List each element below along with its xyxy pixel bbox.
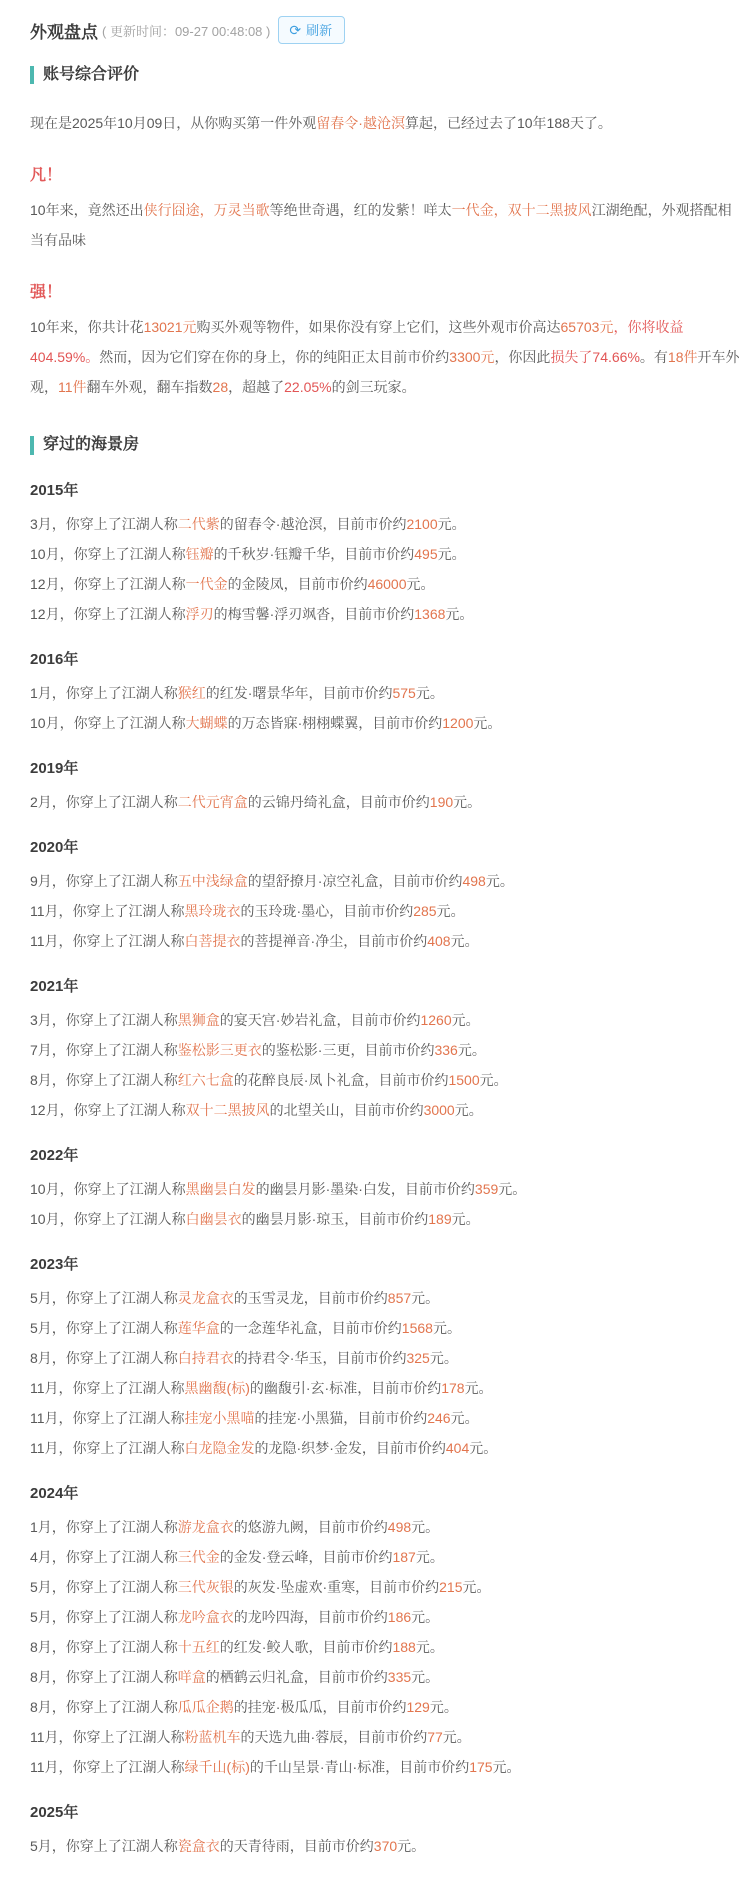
body-text: 的: [256, 1181, 270, 1197]
body-text: ，目前市价约: [357, 1380, 441, 1396]
entry-item: 幽馥引·玄·标准: [264, 1380, 357, 1396]
body-text: 元。: [453, 794, 481, 810]
body-text: 元。: [416, 1639, 444, 1655]
entry-month: 2月: [30, 794, 52, 810]
entry-item: 菩提禅音·净尘: [255, 933, 344, 949]
entry-alias: 灵龙盒衣: [178, 1290, 234, 1306]
body-text: ，你穿上了江湖人称: [60, 1181, 186, 1197]
body-text: ，目前市价约: [364, 1072, 448, 1088]
entry-item: 挂宠·小黑猫: [269, 1410, 344, 1426]
body-text: 元。: [416, 1549, 444, 1565]
body-text: ，目前市价约: [284, 576, 368, 592]
entry-price: 498: [462, 873, 485, 889]
body-text: ，目前市价约: [322, 1350, 406, 1366]
wardrobe-entry: 3月，你穿上了江湖人称二代紫的留春令·越沧溟，目前市价约2100元。: [30, 514, 742, 534]
body-text: 的: [234, 1519, 248, 1535]
body-text: ，目前市价约: [308, 685, 392, 701]
body-text: 购买外观等物件，如果你没有穿上它们，这些外观市价高达: [197, 319, 561, 335]
entry-item: 千秋岁·钰瓣千华: [228, 546, 331, 562]
body-text: 等绝世奇遇，红的发紫！咩太: [270, 202, 452, 218]
rating-qiang: 强！: [30, 279, 742, 302]
wardrobe-entry: 11月，你穿上了江湖人称挂宠小黑喵的挂宠·小黑猫，目前市价约246元。: [30, 1408, 742, 1428]
highlight-text: 22.05%: [284, 379, 331, 395]
body-text: ，目前市价约: [391, 1181, 475, 1197]
wardrobe-entry: 11月，你穿上了江湖人称黑玲珑衣的玉玲珑·墨心，目前市价约285元。: [30, 901, 742, 921]
entry-item: 金陵凤: [242, 576, 284, 592]
entry-item: 一念莲华礼盒: [234, 1320, 318, 1336]
entry-alias: 瓜瓜企鹅: [178, 1699, 234, 1715]
body-text: 的: [220, 1012, 234, 1028]
entry-alias: 红六七盒: [178, 1072, 234, 1088]
year-heading: 2024年: [30, 1482, 742, 1503]
entry-alias: 钰瓣: [186, 546, 214, 562]
body-text: ，你穿上了江湖人称: [52, 1669, 178, 1685]
body-text: ，目前市价约: [308, 1549, 392, 1565]
body-text: ，目前市价约: [343, 1410, 427, 1426]
body-text: 的: [234, 1350, 248, 1366]
entry-alias: 一代金: [186, 576, 228, 592]
body-text: 算起，已经过去了10年188天了。: [405, 115, 612, 131]
entry-price: 370: [374, 1838, 397, 1854]
entry-price: 186: [388, 1609, 411, 1625]
year-heading: 2020年: [30, 836, 742, 857]
body-text: 的: [234, 1072, 248, 1088]
wardrobe-entry: 10月，你穿上了江湖人称钰瓣的千秋岁·钰瓣千华，目前市价约495元。: [30, 544, 742, 564]
entry-alias: 瓷盒衣: [178, 1838, 220, 1854]
entry-price: 495: [414, 546, 437, 562]
entry-price: 178: [441, 1380, 464, 1396]
entry-month: 10月: [30, 1181, 60, 1197]
section-title-wardrobe: 穿过的海景房: [30, 436, 742, 454]
body-text: ，你穿上了江湖人称: [59, 903, 185, 919]
body-text: 元。: [438, 516, 466, 532]
body-text: ，你穿上了江湖人称: [52, 1639, 178, 1655]
entry-alias: 黑幽馥(标): [185, 1380, 250, 1396]
body-text: 的: [220, 1549, 234, 1565]
body-text: 元。: [430, 1350, 458, 1366]
entry-price: 1200: [442, 715, 473, 731]
body-text: ，你因此: [494, 349, 550, 365]
wardrobe-entry: 8月，你穿上了江湖人称咩盒的栖鹤云归礼盒，目前市价约335元。: [30, 1667, 742, 1687]
wardrobe-entry: 11月，你穿上了江湖人称白龙隐金发的龙隐·织梦·金发，目前市价约404元。: [30, 1438, 742, 1458]
entry-alias: 咩盒: [178, 1669, 206, 1685]
wardrobe-entry: 8月，你穿上了江湖人称红六七盒的花醉良辰·凤卜礼盒，目前市价约1500元。: [30, 1070, 742, 1090]
body-text: 元。: [452, 1211, 480, 1227]
highlight-text: 28: [213, 379, 229, 395]
year-heading: 2021年: [30, 975, 742, 996]
body-text: ，目前市价约: [343, 933, 427, 949]
highlight-text: 11件: [58, 379, 87, 395]
entry-price: 575: [392, 685, 415, 701]
body-text: ，目前市价约: [304, 1519, 388, 1535]
body-text: ，你穿上了江湖人称: [59, 1440, 185, 1456]
entry-alias: 猴红: [178, 685, 206, 701]
entry-alias: 黑幽昙白发: [186, 1181, 256, 1197]
body-text: 的: [270, 1102, 284, 1118]
entry-item: 栖鹤云归礼盒: [220, 1669, 304, 1685]
body-text: 元。: [498, 1181, 526, 1197]
wardrobe-entry: 12月，你穿上了江湖人称浮刃的梅雪馨·浮刃飒沓，目前市价约1368元。: [30, 604, 742, 624]
qiang-paragraph: 10年来，你共计花13021元购买外观等物件，如果你没有穿上它们，这些外观市价高…: [30, 312, 742, 402]
year-heading: 2023年: [30, 1253, 742, 1274]
body-text: ，你穿上了江湖人称: [60, 1102, 186, 1118]
entry-alias: 粉蓝机车: [185, 1729, 241, 1745]
body-text: 的: [214, 546, 228, 562]
body-text: ，目前市价约: [358, 715, 442, 731]
body-text: 元。: [493, 1759, 521, 1775]
entry-month: 1月: [30, 685, 52, 701]
body-text: ，目前市价约: [350, 1042, 434, 1058]
entry-month: 9月: [30, 873, 52, 889]
entry-month: 10月: [30, 1211, 60, 1227]
body-text: 元。: [411, 1519, 439, 1535]
body-text: 的: [250, 1759, 264, 1775]
body-text: ，你穿上了江湖人称: [60, 606, 186, 622]
body-text: 的剑三玩家。: [332, 379, 416, 395]
wardrobe-entry: 5月，你穿上了江湖人称龙吟盒衣的龙吟四海，目前市价约186元。: [30, 1607, 742, 1627]
highlight-text: 一代金，双十二黑披风: [452, 202, 592, 218]
wardrobe-entry: 11月，你穿上了江湖人称粉蓝机车的天选九曲·蓉辰，目前市价约77元。: [30, 1727, 742, 1747]
body-text: 的: [241, 903, 255, 919]
entry-alias: 白龙隐金发: [185, 1440, 255, 1456]
wardrobe-entry: 11月，你穿上了江湖人称黑幽馥(标)的幽馥引·玄·标准，目前市价约178元。: [30, 1378, 742, 1398]
body-text: 的: [248, 873, 262, 889]
body-text: 元。: [407, 576, 435, 592]
entry-month: 11月: [30, 1410, 59, 1426]
body-text: 的: [206, 1669, 220, 1685]
body-text: 元。: [458, 1042, 486, 1058]
body-text: ，你穿上了江湖人称: [60, 1211, 186, 1227]
body-text: 的: [234, 1699, 248, 1715]
body-text: 元。: [411, 1290, 439, 1306]
body-text: 的: [248, 794, 262, 810]
body-text: ，你穿上了江湖人称: [60, 546, 186, 562]
year-heading: 2022年: [30, 1144, 742, 1165]
fan-paragraph: 10年来，竟然还出侠行囧途，万灵当歌等绝世奇遇，红的发紫！咩太一代金，双十二黑披…: [30, 195, 742, 255]
body-text: 的: [220, 1639, 234, 1655]
wardrobe-entry: 11月，你穿上了江湖人称白菩提衣的菩提禅音·净尘，目前市价约408元。: [30, 931, 742, 951]
entry-alias: 游龙盒衣: [178, 1519, 234, 1535]
entry-alias: 十五红: [178, 1639, 220, 1655]
entry-price: 325: [406, 1350, 429, 1366]
entry-item: 玉雪灵龙: [248, 1290, 304, 1306]
body-text: 的: [214, 606, 228, 622]
body-text: ，目前市价约: [355, 1579, 439, 1595]
entry-item: 挂宠·极瓜瓜: [248, 1699, 323, 1715]
rating-fan: 凡！: [30, 162, 742, 185]
body-text: ，你穿上了江湖人称: [52, 873, 178, 889]
body-text: ，目前市价约: [330, 606, 414, 622]
entry-month: 12月: [30, 606, 60, 622]
body-text: ，你穿上了江湖人称: [52, 1042, 178, 1058]
body-text: ，你穿上了江湖人称: [59, 1380, 185, 1396]
body-text: ，目前市价约: [385, 1759, 469, 1775]
body-text: ，目前市价约: [304, 1669, 388, 1685]
wardrobe-entry: 10月，你穿上了江湖人称白幽昙衣的幽昙月影·琼玉，目前市价约189元。: [30, 1209, 742, 1229]
year-heading: 2019年: [30, 757, 742, 778]
body-text: ，目前市价约: [304, 1609, 388, 1625]
body-text: 的: [206, 685, 220, 701]
wardrobe-entry: 12月，你穿上了江湖人称双十二黑披风的北望关山，目前市价约3000元。: [30, 1100, 742, 1120]
entry-month: 7月: [30, 1042, 52, 1058]
entry-month: 12月: [30, 576, 60, 592]
body-text: ，目前市价约: [346, 794, 430, 810]
entry-item: 天青待雨: [234, 1838, 290, 1854]
entry-month: 5月: [30, 1320, 52, 1336]
entry-alias: 大蝴蝶: [186, 715, 228, 731]
body-text: 元。: [480, 1072, 508, 1088]
entry-price: 408: [427, 933, 450, 949]
entry-item: 花醉良辰·凤卜礼盒: [248, 1072, 365, 1088]
entry-month: 8月: [30, 1350, 52, 1366]
section-title-evaluation: 账号综合评价: [30, 66, 742, 84]
body-text: 的: [242, 1211, 256, 1227]
entry-month: 11月: [30, 1440, 59, 1456]
refresh-label: 刷新: [306, 20, 332, 39]
entry-item: 龙吟四海: [248, 1609, 304, 1625]
body-text: ，你穿上了江湖人称: [59, 1410, 185, 1426]
entry-item: 金发·登云峰: [234, 1549, 309, 1565]
body-text: 的: [255, 1410, 269, 1426]
highlight-text: 留春令·越沧溟: [316, 115, 405, 131]
highlight-text: 3300元: [449, 349, 494, 365]
entry-item: 龙隐·织梦·金发: [269, 1440, 362, 1456]
wardrobe-entry: 8月，你穿上了江湖人称瓜瓜企鹅的挂宠·极瓜瓜，目前市价约129元。: [30, 1697, 742, 1717]
body-text: ，你穿上了江湖人称: [59, 1729, 185, 1745]
entry-alias: 白持君衣: [178, 1350, 234, 1366]
entry-item: 北望关山: [284, 1102, 340, 1118]
entry-price: 189: [428, 1211, 451, 1227]
entry-alias: 鉴松影三更衣: [178, 1042, 262, 1058]
body-text: 的: [241, 933, 255, 949]
wardrobe-entry: 1月，你穿上了江湖人称猴红的红发·曙景华年，目前市价约575元。: [30, 683, 742, 703]
body-text: 元。: [411, 1609, 439, 1625]
entry-item: 云锦丹绮礼盒: [262, 794, 346, 810]
body-text: 元。: [451, 1410, 479, 1426]
wardrobe-entry: 10月，你穿上了江湖人称大蝴蝶的万态皆寐·栩栩蝶翼，目前市价约1200元。: [30, 713, 742, 733]
entry-alias: 二代紫: [178, 516, 220, 532]
body-text: ，你穿上了江湖人称: [52, 1320, 178, 1336]
body-text: ，你穿上了江湖人称: [52, 1609, 178, 1625]
body-text: 元。: [469, 1440, 497, 1456]
wardrobe-entry: 3月，你穿上了江湖人称黑狮盒的宴天宫·妙岩礼盒，目前市价约1260元。: [30, 1010, 742, 1030]
entry-item: 天选九曲·蓉辰: [255, 1729, 344, 1745]
entry-month: 8月: [30, 1699, 52, 1715]
body-text: ，你穿上了江湖人称: [52, 1350, 178, 1366]
body-text: 元。: [397, 1838, 425, 1854]
body-text: 的: [241, 1729, 255, 1745]
highlight-text: 损失了74.66%: [550, 349, 639, 365]
wardrobe-entry: 11月，你穿上了江湖人称绿千山(标)的千山呈景·青山·标准，目前市价约175元。: [30, 1757, 742, 1777]
entry-price: 2100: [406, 516, 437, 532]
entry-alias: 浮刃: [186, 606, 214, 622]
entry-alias: 黑玲珑衣: [185, 903, 241, 919]
entry-price: 77: [427, 1729, 443, 1745]
entry-price: 246: [427, 1410, 450, 1426]
entry-alias: 双十二黑披风: [186, 1102, 270, 1118]
body-text: ，你穿上了江湖人称: [52, 1519, 178, 1535]
refresh-button[interactable]: ⟳ 刷新: [278, 16, 345, 44]
entry-price: 857: [388, 1290, 411, 1306]
update-time: ( 更新时间：09-27 00:48:08 ): [102, 21, 270, 40]
highlight-text: 13021元: [144, 319, 197, 335]
wardrobe-entry: 2月，你穿上了江湖人称二代元宵盒的云锦丹绮礼盒，目前市价约190元。: [30, 792, 742, 812]
body-text: 元。: [452, 1012, 480, 1028]
entry-price: 190: [430, 794, 453, 810]
body-text: 的: [220, 1320, 234, 1336]
entry-item: 灰发·坠虚欢·重寒: [248, 1579, 355, 1595]
entry-price: 188: [392, 1639, 415, 1655]
body-text: 的: [228, 715, 242, 731]
wardrobe-entry: 1月，你穿上了江湖人称游龙盒衣的悠游九阙，目前市价约498元。: [30, 1517, 742, 1537]
body-text: 元。: [416, 685, 444, 701]
wardrobe-entry: 12月，你穿上了江湖人称一代金的金陵凤，目前市价约46000元。: [30, 574, 742, 594]
intro-paragraph: 现在是2025年10月09日，从你购买第一件外观留春令·越沧溟算起，已经过去了1…: [30, 108, 742, 138]
body-text: ，你穿上了江湖人称: [52, 1579, 178, 1595]
entry-price: 46000: [368, 576, 407, 592]
page: 外观盘点 ( 更新时间：09-27 00:48:08 ) ⟳ 刷新 账号综合评价…: [0, 0, 756, 1894]
entry-price: 3000: [424, 1102, 455, 1118]
body-text: ，你穿上了江湖人称: [60, 576, 186, 592]
body-text: ，目前市价约: [322, 1699, 406, 1715]
entry-alias: 白菩提衣: [185, 933, 241, 949]
entry-alias: 挂宠小黑喵: [185, 1410, 255, 1426]
body-text: 元。: [437, 903, 465, 919]
body-text: ，目前市价约: [318, 1320, 402, 1336]
wardrobe-entry: 5月，你穿上了江湖人称瓷盒衣的天青待雨，目前市价约370元。: [30, 1836, 742, 1856]
wardrobe-entry: 8月，你穿上了江湖人称十五红的红发·鲛人歌，目前市价约188元。: [30, 1637, 742, 1657]
body-text: ，目前市价约: [362, 1440, 446, 1456]
entry-item: 宴天宫·妙岩礼盒: [234, 1012, 337, 1028]
body-text: 元。: [451, 933, 479, 949]
body-text: 元。: [462, 1579, 490, 1595]
entry-price: 1260: [420, 1012, 451, 1028]
body-text: ，目前市价约: [336, 1012, 420, 1028]
entry-alias: 三代灰银: [178, 1579, 234, 1595]
body-text: ，你穿上了江湖人称: [52, 685, 178, 701]
body-text: 的: [228, 576, 242, 592]
entry-price: 359: [475, 1181, 498, 1197]
entry-item: 红发·鲛人歌: [234, 1639, 309, 1655]
entry-price: 187: [392, 1549, 415, 1565]
body-text: 元。: [443, 1729, 471, 1745]
body-text: ，你穿上了江湖人称: [52, 1549, 178, 1565]
body-text: ，你穿上了江湖人称: [59, 1759, 185, 1775]
body-text: 元。: [445, 606, 473, 622]
wardrobe-entry: 5月，你穿上了江湖人称莲华盒的一念莲华礼盒，目前市价约1568元。: [30, 1318, 742, 1338]
body-text: 的: [255, 1440, 269, 1456]
body-text: ，你穿上了江湖人称: [52, 794, 178, 810]
entry-alias: 白幽昙衣: [186, 1211, 242, 1227]
entry-month: 3月: [30, 1012, 52, 1028]
body-text: 的: [220, 516, 234, 532]
entry-month: 11月: [30, 903, 59, 919]
wardrobe-entry: 8月，你穿上了江湖人称白持君衣的持君令·华玉，目前市价约325元。: [30, 1348, 742, 1368]
entry-item: 千山呈景·青山·标准: [264, 1759, 385, 1775]
body-text: ，你穿上了江湖人称: [52, 1012, 178, 1028]
body-text: ，超越了: [228, 379, 284, 395]
body-text: ，目前市价约: [378, 873, 462, 889]
entry-item: 悠游九阙: [248, 1519, 304, 1535]
body-text: 元。: [473, 715, 501, 731]
entry-item: 留春令·越沧溟: [234, 516, 323, 532]
body-text: 的: [234, 1579, 248, 1595]
entry-month: 8月: [30, 1072, 52, 1088]
wardrobe-entry: 9月，你穿上了江湖人称五中浅绿盒的望舒撩月·凉空礼盒，目前市价约498元。: [30, 871, 742, 891]
body-text: 元。: [438, 546, 466, 562]
entry-month: 8月: [30, 1669, 52, 1685]
entry-alias: 莲华盒: [178, 1320, 220, 1336]
entry-month: 11月: [30, 933, 59, 949]
entry-month: 4月: [30, 1549, 52, 1565]
entry-item: 望舒撩月·凉空礼盒: [262, 873, 379, 889]
entry-item: 万态皆寐·栩栩蝶翼: [242, 715, 359, 731]
entry-month: 5月: [30, 1290, 52, 1306]
body-text: ，目前市价约: [304, 1290, 388, 1306]
entry-price: 175: [469, 1759, 492, 1775]
body-text: 元。: [430, 1699, 458, 1715]
body-text: 的: [262, 1042, 276, 1058]
body-text: 10年来，竟然还出: [30, 202, 144, 218]
entry-month: 5月: [30, 1609, 52, 1625]
page-header: 外观盘点 ( 更新时间：09-27 00:48:08 ) ⟳ 刷新: [30, 16, 742, 44]
body-text: ，你穿上了江湖人称: [52, 1699, 178, 1715]
highlight-text: 18件: [668, 349, 698, 365]
body-text: ，目前市价约: [344, 1211, 428, 1227]
entry-month: 5月: [30, 1579, 52, 1595]
entry-item: 幽昙月影·琼玉: [256, 1211, 345, 1227]
year-heading: 2025年: [30, 1801, 742, 1822]
body-text: ，你穿上了江湖人称: [52, 516, 178, 532]
body-text: 。有: [640, 349, 668, 365]
body-text: ，目前市价约: [343, 1729, 427, 1745]
body-text: ，你穿上了江湖人称: [60, 715, 186, 731]
entry-month: 10月: [30, 715, 60, 731]
body-text: ，目前市价约: [290, 1838, 374, 1854]
highlight-text: 65703元: [561, 319, 614, 335]
entry-price: 285: [413, 903, 436, 919]
body-text: 的: [250, 1380, 264, 1396]
entry-item: 玉玲珑·墨心: [255, 903, 330, 919]
body-text: ，目前市价约: [308, 1639, 392, 1655]
body-text: 的: [220, 1838, 234, 1854]
year-heading: 2016年: [30, 648, 742, 669]
entry-month: 11月: [30, 1759, 59, 1775]
entry-price: 129: [406, 1699, 429, 1715]
body-text: ，目前市价约: [340, 1102, 424, 1118]
body-text: 翻车外观，翻车指数: [87, 379, 213, 395]
wardrobe-list: 2015年3月，你穿上了江湖人称二代紫的留春令·越沧溟，目前市价约2100元。1…: [30, 479, 742, 1856]
body-text: 然而，因为它们穿在你的身上，你的纯阳正太目前市价约: [99, 349, 449, 365]
entry-month: 11月: [30, 1380, 59, 1396]
entry-alias: 黑狮盒: [178, 1012, 220, 1028]
body-text: 的: [234, 1290, 248, 1306]
body-text: 元。: [465, 1380, 493, 1396]
body-text: ，目前市价约: [329, 903, 413, 919]
body-text: 元。: [455, 1102, 483, 1118]
entry-month: 3月: [30, 516, 52, 532]
body-text: 10年来，你共计花: [30, 319, 144, 335]
entry-alias: 绿千山(标): [185, 1759, 250, 1775]
entry-price: 336: [434, 1042, 457, 1058]
entry-item: 鉴松影·三更: [276, 1042, 351, 1058]
body-text: 元。: [433, 1320, 461, 1336]
page-title: 外观盘点: [30, 18, 98, 43]
wardrobe-entry: 5月，你穿上了江湖人称三代灰银的灰发·坠虚欢·重寒，目前市价约215元。: [30, 1577, 742, 1597]
entry-price: 1568: [402, 1320, 433, 1336]
body-text: 的: [234, 1609, 248, 1625]
body-text: ，你穿上了江湖人称: [52, 1838, 178, 1854]
